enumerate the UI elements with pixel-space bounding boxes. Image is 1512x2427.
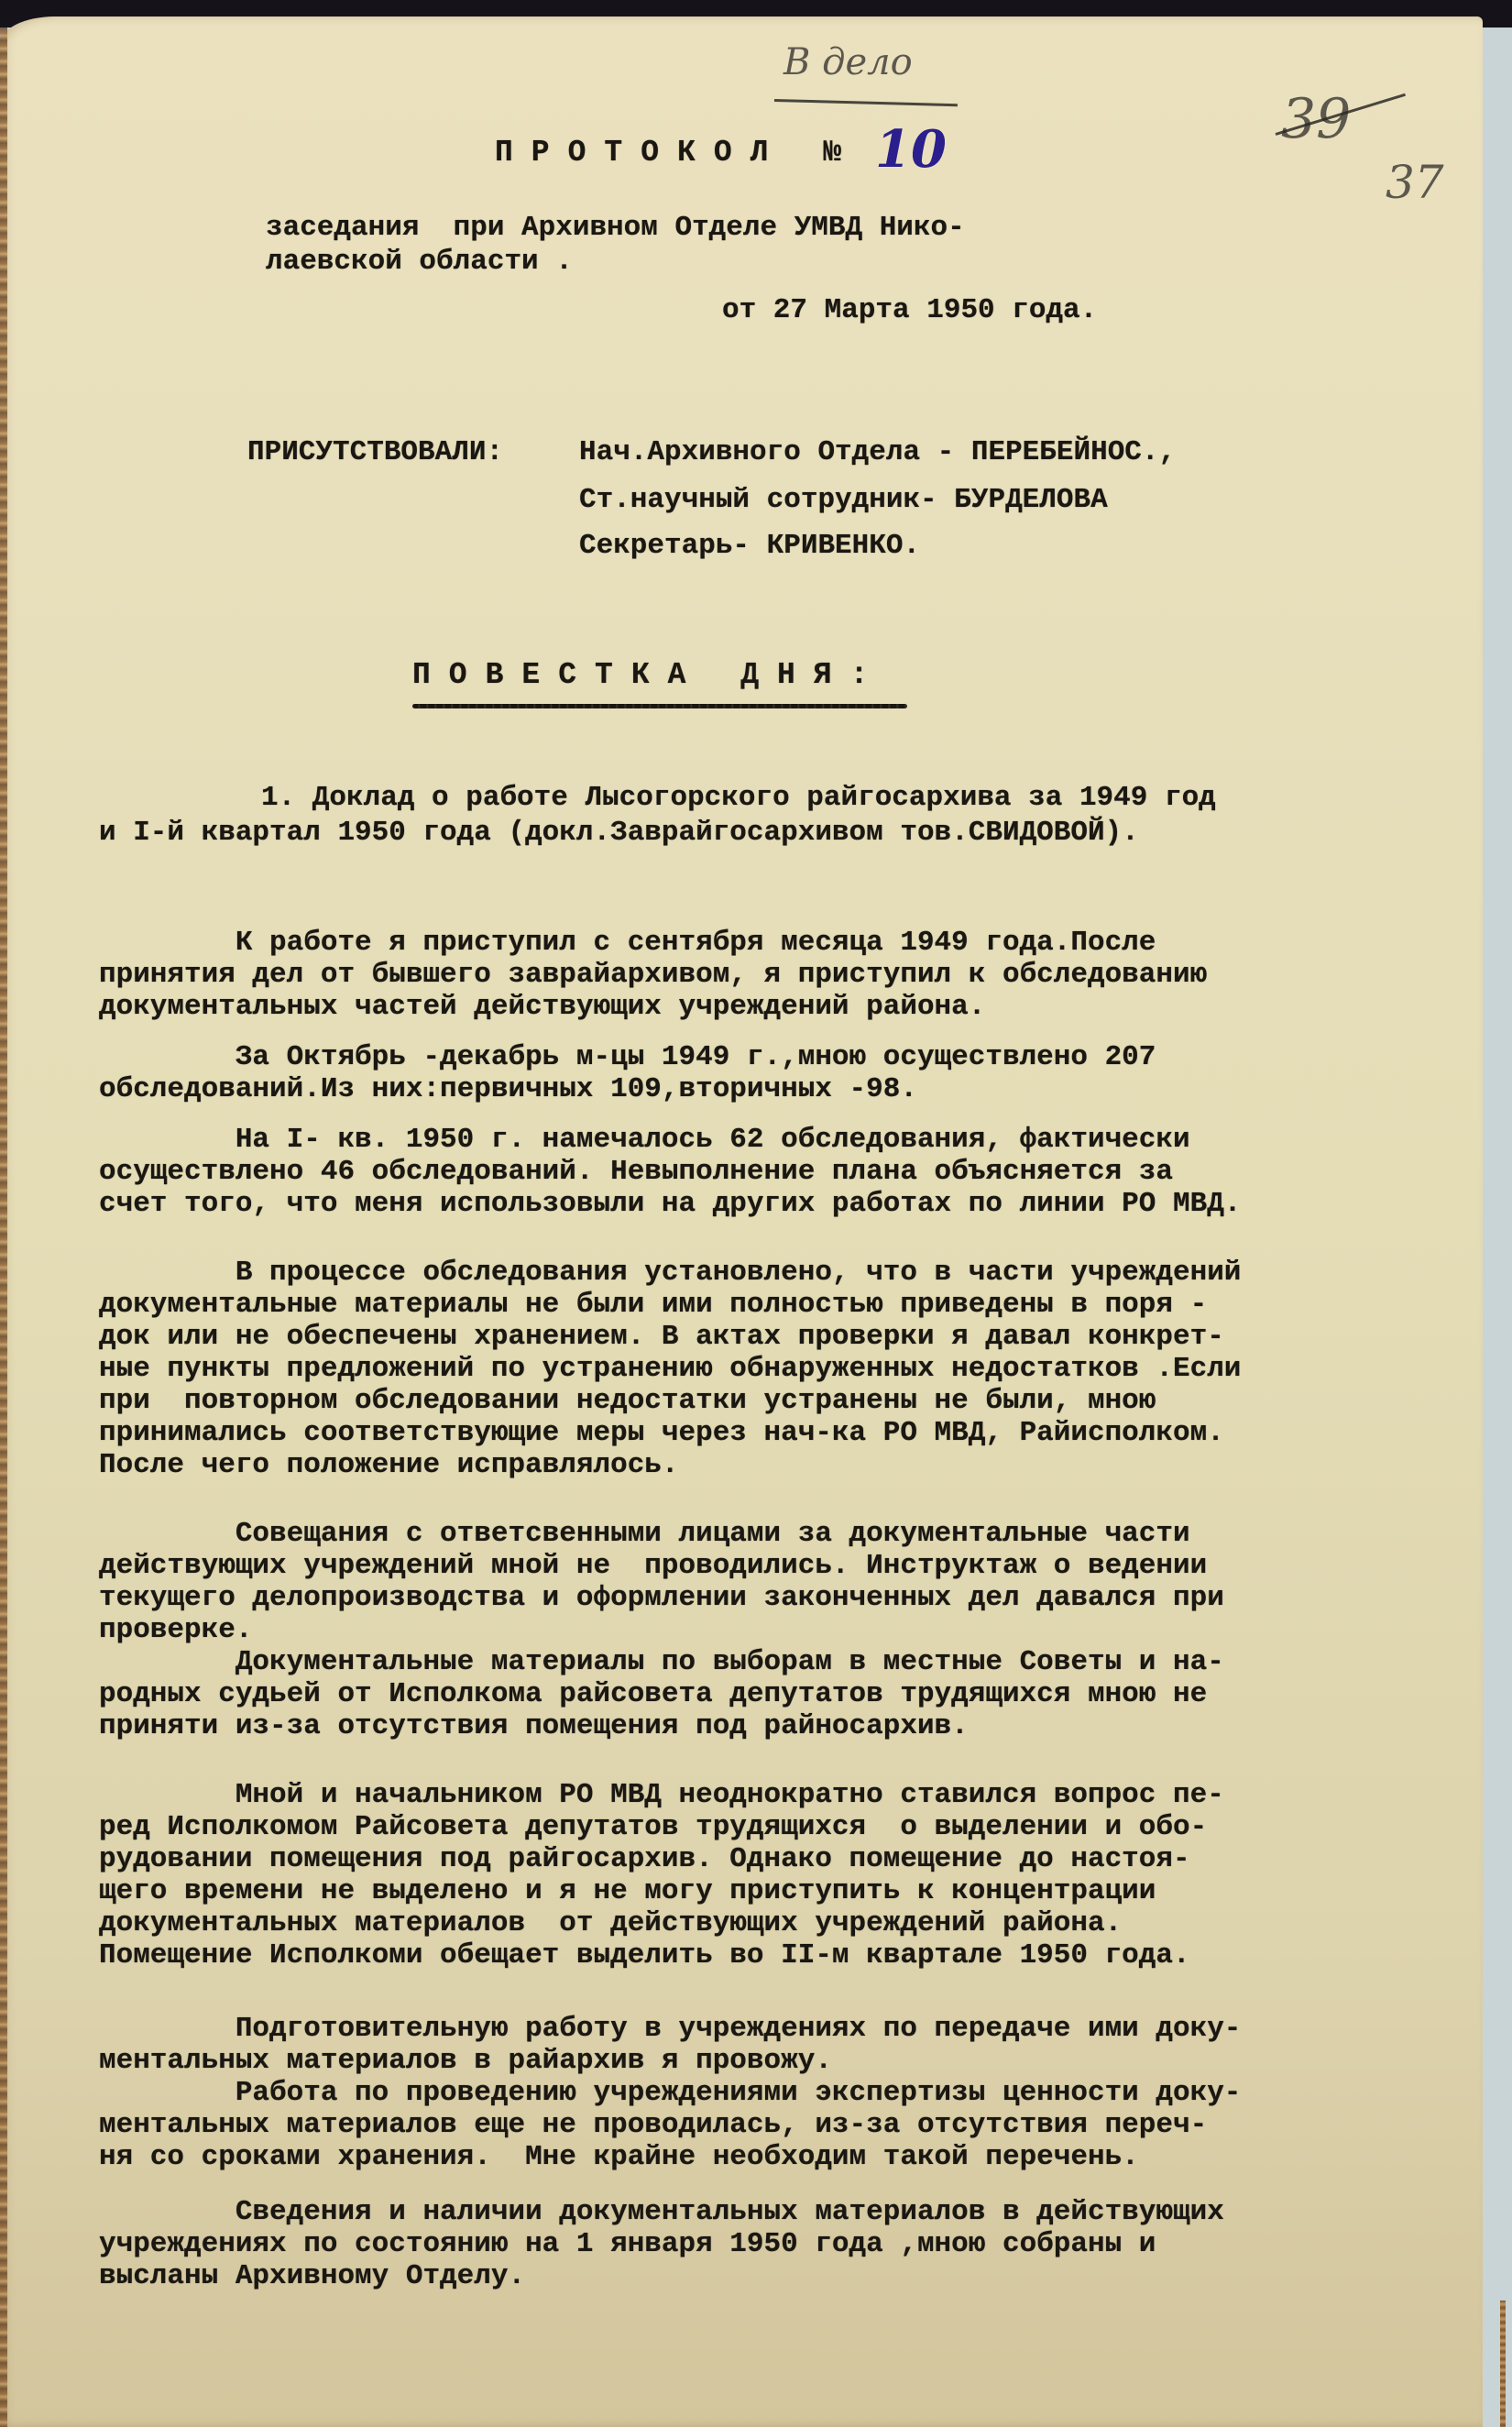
paragraph-7-line-2: ментальных материалов в райархив я прово… <box>99 2047 832 2075</box>
attendance-label: ПРИСУТСТВОВАЛИ: <box>247 438 503 467</box>
paragraph-6-line-1: Мной и начальником РО МВД неоднократно с… <box>99 1781 1224 1809</box>
paragraph-8-line-3: высланы Архивному Отделу. <box>99 2262 525 2290</box>
paragraph-5-line-5: Документальные материалы по выборам в ме… <box>99 1648 1224 1676</box>
document-title: ПРОТОКОЛ № <box>495 137 860 168</box>
paragraph-6-line-3: рудовании помещения под райгосархив. Одн… <box>99 1845 1190 1873</box>
attendee-3: Секретарь- КРИВЕНКО. <box>579 532 920 560</box>
protocol-number: 10 <box>875 119 947 180</box>
paragraph-5-line-2: действующих учреждений мной не проводили… <box>99 1552 1207 1580</box>
paragraph-5-line-1: Совещания с ответсвенными лицами за доку… <box>99 1520 1190 1548</box>
meeting-date: от 27 Марта 1950 года. <box>722 296 1097 324</box>
paragraph-1-line-3: документальных частей действующих учрежд… <box>99 993 985 1021</box>
paragraph-2-line-2: обследований.Из них:первичных 109,вторич… <box>99 1075 917 1104</box>
paragraph-4-line-7: После чего положение исправлялось. <box>99 1451 679 1479</box>
paragraph-4-line-1: В процессе обследования установлено, что… <box>99 1258 1241 1287</box>
attendee-1: Нач.Архивного Отдела - ПЕРЕБЕЙНОС., <box>579 438 1176 467</box>
paragraph-3-line-3: счет того, что меня использовыли на друг… <box>99 1190 1241 1218</box>
paragraph-7-line-5: ня со сроками хранения. Мне крайне необх… <box>99 2143 1139 2171</box>
sheet-number: 37 <box>1386 156 1444 209</box>
paragraph-5-line-4: проверке. <box>99 1616 252 1644</box>
paragraph-4-line-2: документальные материалы не были ими пол… <box>99 1290 1207 1319</box>
handwritten-note-top: В дело <box>783 41 913 83</box>
binding-edge <box>0 27 7 2427</box>
subtitle-line-2: лаевской области . <box>266 247 573 276</box>
paragraph-5-line-6: родных судьей от Исполкома райсовета деп… <box>99 1680 1207 1708</box>
paragraph-4-line-6: принимались соответствующие меры через н… <box>99 1419 1224 1447</box>
attendee-2: Ст.научный сотрудник- БУРДЕЛОВА <box>579 486 1108 514</box>
paragraph-4-line-3: док или не обеспечены хранением. В актах… <box>99 1323 1224 1351</box>
subtitle-line-1: заседания при Архивном Отделе УМВД Нико- <box>266 214 965 242</box>
paragraph-4-line-4: ные пункты предложений по устранению обн… <box>99 1355 1241 1383</box>
paragraph-5-line-7: приняти из-за отсутствия помещения под р… <box>99 1712 969 1741</box>
paragraph-6-line-4: щего времени не выделено и я не могу при… <box>99 1877 1156 1905</box>
paragraph-6-line-6: Помещение Исполкоми обещает выделить во … <box>99 1941 1190 1970</box>
agenda-item-1-line-1: 1. Доклад о работе Лысогорского райгосар… <box>261 784 1216 812</box>
paragraph-1-line-2: принятия дел от бывшего заврайархивом, я… <box>99 961 1207 989</box>
paragraph-2-line-1: За Октябрь -декабрь м-цы 1949 г.,мною ос… <box>99 1043 1156 1071</box>
agenda-heading-underline <box>412 704 907 708</box>
paragraph-8-line-1: Сведения и наличии документальных матери… <box>99 2198 1224 2226</box>
paragraph-6-line-5: документальных материалов от действующих… <box>99 1909 1122 1938</box>
paragraph-6-line-2: ред Исполкомом Райсовета депутатов трудя… <box>99 1813 1207 1841</box>
paragraph-1-line-1: К работе я приступил с сентября месяца 1… <box>99 928 1156 957</box>
paragraph-7-line-4: ментальных материалов еще не проводилась… <box>99 2111 1207 2139</box>
paragraph-5-line-3: текущего делопроизводства и оформлении з… <box>99 1584 1224 1612</box>
paragraph-4-line-5: при повторном обследовании недостатки ус… <box>99 1387 1156 1415</box>
paragraph-3-line-2: осуществлено 46 обследований. Невыполнен… <box>99 1158 1173 1186</box>
agenda-item-1-line-2: и I-й квартал 1950 года (докл.Заврайгоса… <box>99 818 1139 847</box>
paragraph-3-line-1: На I- кв. 1950 г. намечалось 62 обследов… <box>99 1126 1190 1154</box>
agenda-heading: ПОВЕСТКА ДНЯ: <box>412 660 886 690</box>
paragraph-8-line-2: учреждениях по состоянию на 1 января 195… <box>99 2230 1156 2258</box>
crossed-sheet-number: 39 <box>1281 87 1351 151</box>
paragraph-7-line-1: Подготовительную работу в учреждениях по… <box>99 2015 1241 2043</box>
paragraph-7-line-3: Работа по проведению учреждениями экспер… <box>99 2079 1241 2107</box>
page-edge <box>1500 2301 1506 2427</box>
